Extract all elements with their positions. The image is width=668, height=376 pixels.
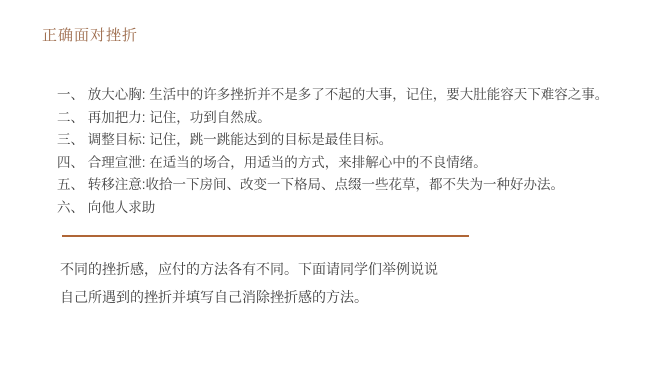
list-item-2: 二、 再加把力: 记住，功到自然成。: [57, 107, 617, 130]
list-item-4: 四、 合理宣泄: 在适当的场合，用适当的方式，来排解心中的不良情绪。: [57, 152, 617, 175]
divider-line: [62, 235, 469, 237]
paragraph-line-2: 自己所遇到的挫折并填写自己消除挫折感的方法。: [60, 284, 620, 312]
slide-title: 正确面对挫折: [42, 27, 138, 45]
list-item-3: 三、 调整目标: 记住，跳一跳能达到的目标是最佳目标。: [57, 129, 617, 152]
list-item-1: 一、 放大心胸: 生活中的许多挫折并不是多了不起的大事，记住，要大肚能容天下难容…: [57, 84, 617, 107]
footer-paragraph: 不同的挫折感，应付的方法各有不同。下面请同学们举例说说 自己所遇到的挫折并填写自…: [60, 256, 620, 311]
list-item-6: 六、 向他人求助: [57, 197, 617, 220]
slide-canvas: 正确面对挫折 一、 放大心胸: 生活中的许多挫折并不是多了不起的大事，记住，要大…: [0, 0, 668, 376]
paragraph-line-1: 不同的挫折感，应付的方法各有不同。下面请同学们举例说说: [60, 256, 620, 284]
list-item-5: 五、 转移注意:收拾一下房间、改变一下格局、点缀一些花草，都不失为一种好办法。: [57, 174, 617, 197]
method-list: 一、 放大心胸: 生活中的许多挫折并不是多了不起的大事，记住，要大肚能容天下难容…: [57, 84, 617, 219]
